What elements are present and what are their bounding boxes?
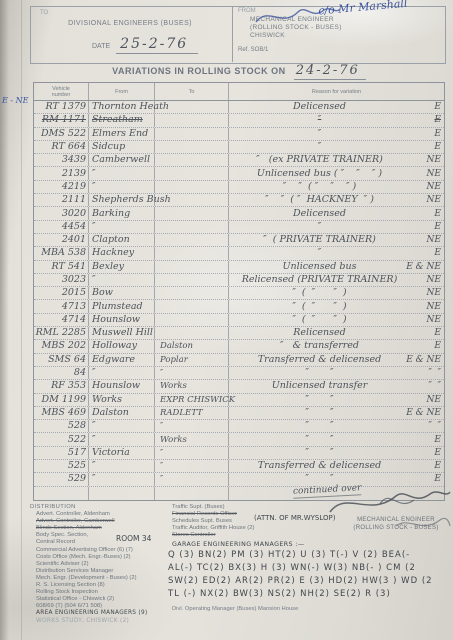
from-cell: ″ [89,367,155,379]
from-cell: Edgware [89,354,155,366]
reason-cell: ″ ( ″ ″ ) [229,301,410,313]
from-cell: Thornton Heath [89,101,155,113]
reason-cell: Unlicensed bus [229,261,410,273]
to-cell: ″ [155,473,229,485]
vehicle-number-cell: RT 541 [34,261,89,273]
title-date: 24-2-76 [294,63,366,80]
vehicle-number-cell: 2401 [34,234,89,246]
vehicle-number-cell: DM 1199 [34,394,89,406]
to-cell [155,194,229,206]
to-cell [155,167,229,179]
to-cell: Works [155,433,229,445]
vehicle-number-cell: 525 [34,460,89,472]
to-cell [155,181,229,193]
reason-cell: ″ [229,114,410,126]
from-cell: Barking [89,207,155,219]
vehicle-number-cell: RM 1171 [34,114,89,126]
table-row: 522 ″ Works ″ ″ E [34,433,444,446]
to-cell [155,261,229,273]
list-item: AREA ENGINEERING MANAGERS (9) [30,610,172,617]
reason-cell: ″ ″ [229,367,410,379]
from-cell [89,487,155,500]
code-cell: NE [410,194,444,206]
code-cell: NE [410,287,444,299]
reason-cell: Delicensed [229,101,410,113]
vehicle-number-cell: 4713 [34,300,89,312]
title-text: VARIATIONS IN ROLLING STOCK ON [112,66,286,76]
to-cell [155,234,229,246]
table-row: RT 664 Sidcup ″ E [34,141,444,154]
reason-cell: Delicensed [229,208,410,220]
to-cell: RADLETT [155,407,229,419]
vehicle-number-cell: MBS 202 [34,340,89,352]
to-cell: Works [155,380,229,392]
list-item: Advert. Controller, Aldenham [30,511,172,518]
stamp-line2: (ROLLING STOCK - BUSES) [342,525,450,533]
from-cell: ″ [89,473,155,485]
reason-cell: ″ ( ″ ″ ) [229,314,410,326]
code-cell: E [410,247,444,259]
reason-cell: ″ ″ [229,447,410,459]
to-cell: ″ [155,447,229,459]
to-cell: Poplar [155,354,229,366]
table-row: RT 1379 Thornton Heath Delicensed E [34,101,444,114]
reason-cell: ″ ″ ( ″ ″ ″ ) [229,181,410,193]
reason-cell: ″ ″ [229,407,410,419]
distribution-list: Advert. Controller, AldenhamAdvert. Cont… [30,511,172,625]
code-cell: E [410,221,444,233]
code-cell: NE [410,234,444,246]
code-cell: ″ ″ [410,367,444,379]
vehicle-number-cell: MBS 469 [34,407,89,419]
vehicle-number-cell [34,487,89,500]
list-item: Rolling Stock Inspection [30,589,172,596]
table-row: 4219 ″ ″ ″ ( ″ ″ ″ ) NE [34,181,444,194]
col-header-to: To [155,83,229,100]
reason-cell: Relicensed [229,327,410,339]
garage-codes: Q (3) BN(2) PM (3) HT(2) U (3) T(-) V (2… [168,549,453,601]
garage-heading: GARAGE ENGINEERING MANAGERS :— [172,541,305,548]
list-item: 608/69 (T) (504 6/71 508) [30,603,172,610]
list-item: R. S. Licensing Section (8) [30,582,172,589]
from-cell: ″ [89,181,155,193]
list-item: Traffic Auditor, Griffith House (2) [172,525,332,532]
reason-cell: ″ [229,141,410,153]
reason-cell: Transferred & delicensed [229,354,410,366]
to-cell [155,141,229,153]
vehicle-number-cell: 3020 [34,207,89,219]
from-cell: Plumstead [89,300,155,312]
distribution-heading: DISTRIBUTION [30,504,172,511]
distribution-section: DISTRIBUTION Advert. Controller, Aldenha… [30,504,172,625]
code-cell: E & NE [410,261,444,273]
list-item: Scientific Adviser (2) [30,561,172,568]
table-row: 2139 ″ Unlicensed bus ( ″ ″ ″ ) NE [34,167,444,180]
from-cell: Hackney [89,247,155,259]
from-cell: Victoria [89,447,155,459]
date-value: 25-2-76 [116,36,198,54]
from-cell: Holloway [89,340,155,352]
from-cell: ″ [89,167,155,179]
table-row: MBS 202 Holloway Dalston ″ & transferred… [34,340,444,353]
vehicle-number-cell: MBA 538 [34,247,89,259]
vehicle-number-cell: 2111 [34,194,89,206]
form-title: VARIATIONS IN ROLLING STOCK ON 24-2-76 [33,63,445,80]
header-box [30,6,446,64]
ref-number: Ref. SOB/1 [238,47,268,53]
code-cell: NE [410,394,444,406]
vehicle-number-cell: 2139 [34,167,89,179]
table-row: 4454 ″ ″ E [34,221,444,234]
scanned-form: TO DIVISIONAL ENGINEERS (BUSES) DATE 25-… [0,0,453,640]
to-cell [155,221,229,233]
col-header-vehicle: Vehicle number [34,83,89,100]
to-cell: Dalston [155,340,229,352]
code-cell: NE [410,314,444,326]
table-body: RT 1379 Thornton Heath Delicensed E RM 1… [34,101,444,500]
reason-cell: Relicensed (PRIVATE TRAINER) [229,274,410,286]
to-cell [155,114,229,126]
from-cell: Streatham [89,114,155,126]
to-cell [155,207,229,219]
reason-cell: ″ ″ [229,434,410,446]
from-cell: ″ [89,433,155,445]
table-row: 3023 ″ Relicensed (PRIVATE TRAINER) NE [34,274,444,287]
code-cell: NE [410,181,444,193]
variations-table: Vehicle number From To Reason for variat… [33,82,445,501]
table-row: 3439 Camberwell ″ (ex PRIVATE TRAINER) N… [34,154,444,167]
from-cell: Bow [89,287,155,299]
reason-cell: ″ & transferred [229,340,410,352]
reason-cell: ″ ″ [229,394,410,406]
from-cell: ″ [89,274,155,286]
from-cell: Elmers End [89,128,155,140]
reason-cell: Unlicensed transfer [229,380,410,392]
code-cell: ″ ″ [410,380,444,392]
table-row: 517 Victoria ″ ″ ″ E [34,447,444,460]
code-cell: E & NE [410,407,444,419]
to-cell [155,247,229,259]
from-cell: Works [89,394,155,406]
vehicle-number-cell: 522 [34,433,89,445]
reason-cell: Unlicensed bus ( ″ ″ ″ ) [229,168,410,180]
table-row: RT 541 Bexley Unlicensed bus E & NE [34,261,444,274]
reason-cell: ″ [229,128,410,140]
vehicle-number-cell: 529 [34,473,89,485]
to-value: DIVISIONAL ENGINEERS (BUSES) [40,20,220,27]
vehicle-number-cell: 84 [34,367,89,379]
stamp-line1: MECHANICAL ENGINEER [342,517,450,525]
to-cell [155,314,229,326]
to-cell [155,154,229,166]
to-cell: EXPR CHISWICK [155,394,229,406]
from-cell: Clapton [89,234,155,246]
to-cell: ″ [155,367,229,379]
table-row: 525 ″ ″ Transferred & delicensed E [34,460,444,473]
code-cell: E & NE [410,354,444,366]
code-cell: NE [410,274,444,286]
to-cell [155,300,229,312]
reason-cell: ″ [229,247,410,259]
table-row: RF 353 Hounslow Works Unlicensed transfe… [34,380,444,393]
header-divider [232,6,233,62]
stamp: MECHANICAL ENGINEER (ROLLING STOCK - BUS… [342,517,450,532]
table-header: Vehicle number From To Reason for variat… [34,83,444,101]
to-cell [155,101,229,113]
reason-cell: ″ ″ [229,420,410,432]
from-cell: Camberwell [89,154,155,166]
list-item: Traffic Supt. (Buses) [172,504,332,511]
code-cell: NE [410,168,444,180]
from-cell: ″ [89,420,155,432]
table-row: 84 ″ ″ ″ ″ ″ ″ [34,367,444,380]
to-label: TO [40,10,48,16]
from-cell: Hounslow [89,380,155,392]
vehicle-number-cell: 2015 [34,287,89,299]
table-row: 2401 Clapton ″ ( PRIVATE TRAINER) NE [34,234,444,247]
from-cell: Muswell Hill [89,327,155,339]
code-cell: E [410,208,444,220]
from-cell: Hounslow [89,314,155,326]
signature-scrawl-top [252,4,342,28]
vehicle-number-cell: 4714 [34,314,89,326]
list-item: Mech. Engr. (Development - Buses) (2) [30,575,172,582]
from-cell: ″ [89,221,155,233]
reason-cell: Transferred & delicensed [229,460,410,472]
to-cell [155,287,229,299]
table-row: 2111 Shepherds Bush ″ ″ ( ″ HACKNEY ″ ) … [34,194,444,207]
vehicle-number-cell: 3439 [34,154,89,166]
from-cell: Dalston [89,407,155,419]
from-line3: CHISWICK [250,32,285,39]
code-cell: E [410,434,444,446]
list-item: Commercial Advertising Officer (6) (7) [30,547,172,554]
reason-cell: ″ (ex PRIVATE TRAINER) [229,154,410,166]
to-cell [155,487,229,500]
attn-annotation: (ATTN. OF MR.WYSLOP) [254,514,335,522]
code-cell: ″ ″ [410,420,444,432]
code-cell: E [410,114,444,126]
garage-codes-line: SW(2) ED(2) AR(2) PR(2) E (3) HD(2) HW(3… [168,575,453,588]
table-row: MBA 538 Hackney ″ E [34,247,444,260]
date-row: DATE 25-2-76 [92,36,198,54]
col-header-reason: Reason for variation [229,83,444,100]
vehicle-number-cell: DMS 522 [34,128,89,140]
table-row: DM 1199 Works EXPR CHISWICK ″ ″ NE [34,394,444,407]
code-cell: E [410,327,444,339]
col-header-from: From [89,83,155,100]
table-row: 528 ″ ″ ″ ″ ″ ″ [34,420,444,433]
garage-codes-line: AL(-) TC(2) BX(3) H (3) WN(-) W(3) NB(- … [168,562,453,575]
from-cell: ″ [89,460,155,472]
code-cell: E [410,101,444,113]
table-row: MBS 469 Dalston RADLETT ″ ″ E & NE [34,407,444,420]
table-row: RM 1171 Streatham ″ E [34,114,444,127]
reason-cell: ″ ( ″ ″ ) [229,287,410,299]
to-cell: ″ [155,460,229,472]
from-cell: Shepherds Bush [89,194,155,206]
code-cell: NE [410,301,444,313]
vehicle-number-cell: 4454 [34,221,89,233]
to-cell [155,128,229,140]
code-cell: E [410,141,444,153]
date-label: DATE [92,43,110,50]
from-cell: Sidcup [89,141,155,153]
list-item: Costs Office (Mech. Engr.-Buses) (2) [30,554,172,561]
vehicle-number-cell: RML 2285 [34,327,89,339]
to-cell [155,274,229,286]
vehicle-number-cell: RT 664 [34,141,89,153]
divl-operating-manager: Divl. Operating Manager (Buses) Mansion … [172,606,298,612]
vehicle-number-cell: SMS 64 [34,354,89,366]
list-item: WORKS STUDY, CHISWICK (2) [30,618,172,625]
vehicle-number-cell: RF 353 [34,380,89,392]
to-cell: ″ [155,420,229,432]
reason-cell: ″ ( PRIVATE TRAINER) [229,234,410,246]
table-row: 3020 Barking Delicensed E [34,207,444,220]
from-cell: Bexley [89,261,155,273]
list-item: Advert. Controller, Camberwell [30,518,172,525]
vehicle-number-cell: 517 [34,447,89,459]
list-item: Stores Controller [172,532,332,539]
margin-note: E - NE [2,96,28,105]
vehicle-number-cell: 3023 [34,274,89,286]
table-row: RML 2285 Muswell Hill Relicensed E [34,327,444,340]
code-cell: E [410,447,444,459]
code-cell: NE [410,154,444,166]
code-cell: E [410,340,444,352]
reason-cell: ″ ″ ( ″ HACKNEY ″ ) [229,194,410,206]
table-row: 4713 Plumstead ″ ( ″ ″ ) NE [34,300,444,313]
to-cell [155,327,229,339]
reason-cell: ″ [229,221,410,233]
garage-codes-line: Q (3) BN(2) PM (3) HT(2) U (3) T(-) V (2… [168,549,453,562]
table-row: DMS 522 Elmers End ″ E [34,128,444,141]
code-cell: E [410,128,444,140]
list-item: Distribution Services Manager [30,568,172,575]
table-row: 2015 Bow ″ ( ″ ″ ) NE [34,287,444,300]
vehicle-number-cell: RT 1379 [34,101,89,113]
table-row: SMS 64 Edgware Poplar Transferred & deli… [34,354,444,367]
list-item: Blinds Section, Aldenham [30,525,172,532]
garage-codes-line: TL (-) NX(2) BW(3) NS(2) NH(2) SE(2) R (… [168,588,453,601]
vehicle-number-cell: 4219 [34,181,89,193]
code-cell: E [410,460,444,472]
list-item: Statistical Office - Chiswick (2) [30,596,172,603]
table-row: 4714 Hounslow ″ ( ″ ″ ) NE [34,314,444,327]
room-annotation: ROOM 34 [116,534,151,543]
vehicle-number-cell: 528 [34,420,89,432]
